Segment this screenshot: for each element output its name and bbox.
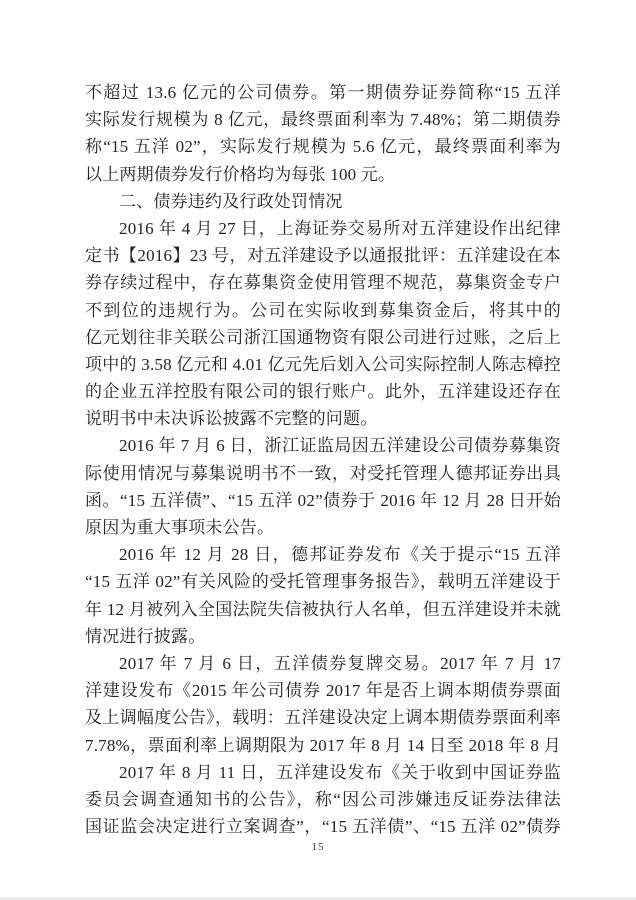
text-line: 实际发行规模为 8 亿元，最终票面利率为 7.48%；第二期债券证券简 bbox=[85, 106, 561, 133]
text-line: 及上调幅度公告》，载明：五洋建设决定上调本期债券票面利率至 bbox=[85, 704, 561, 731]
text-line: 不超过 13.6 亿元的公司债券。第一期债券证券简称“15 五洋债”， bbox=[85, 79, 561, 106]
text-line: 项中的 3.58 亿元和 4.01 亿元先后划入公司实际控制人陈志樟控制 bbox=[85, 351, 561, 378]
text-line: 定书【2016】23 号，对五洋建设予以通报批评：五洋建设在本次债 bbox=[85, 242, 561, 269]
text-line: 际使用情况与募集说明书不一致，对受托管理人德邦证券出具警示 bbox=[85, 460, 561, 487]
text-line: 7.78%，票面利率上调期限为 2017 年 8 月 14 日至 2018 年 … bbox=[85, 732, 561, 759]
text-line: 2017 年 8 月 11 日，五洋建设发布《关于收到中国证券监督管理 bbox=[85, 759, 561, 786]
text-line: 国证监会决定进行立案调查”，“15 五洋债”、“15 五洋 02”债券于当 bbox=[85, 813, 561, 840]
text-line: 2016 年 4 月 27 日，上海证券交易所对五洋建设作出纪律处分决 bbox=[85, 215, 561, 242]
text-line: 不到位的违规行为。公司在实际收到募集资金后，将其中的 10.48 bbox=[85, 297, 561, 324]
text-line: 亿元划往非关联公司浙江国通物资有限公司进行过账，之后上述款 bbox=[85, 324, 561, 351]
text-line: 称“15 五洋 02”，实际发行规模为 5.6 亿元，最终票面利率为 7.8%； bbox=[85, 133, 561, 160]
text-line: 函。“15 五洋债”、“15 五洋 02”债券于 2016 年 12 月 28 … bbox=[85, 487, 561, 514]
text-line: 洋建设发布《2015 年公司债券 2017 年是否上调本期债券票面利率以 bbox=[85, 677, 561, 704]
document-body: 不超过 13.6 亿元的公司债券。第一期债券证券简称“15 五洋债”， 实际发行… bbox=[85, 79, 561, 840]
text-line: 的企业五洋控股有限公司的银行账户。此外，五洋建设还存在募集 bbox=[85, 378, 561, 405]
text-line: 2016 年 12 月 28 日，德邦证券发布《关于提示“15 五洋债”及 bbox=[85, 541, 561, 568]
page-number: 15 bbox=[0, 841, 636, 853]
text-line: 以上两期债券发行价格均为每张 100 元。 bbox=[85, 161, 561, 188]
text-line: 说明书中未决诉讼披露不完整的问题。 bbox=[85, 405, 561, 432]
section-heading: 二、债券违约及行政处罚情况 bbox=[85, 188, 561, 215]
text-line: 券存续过程中，存在募集资金使用管理不规范，募集资金专户管理 bbox=[85, 269, 561, 296]
document-page: 不超过 13.6 亿元的公司债券。第一期债券证券简称“15 五洋债”， 实际发行… bbox=[0, 0, 636, 900]
text-line: 委员会调查通知书的公告》，称“因公司涉嫌违反证券法律法规，中 bbox=[85, 786, 561, 813]
text-line: “15 五洋 02”有关风险的受托管理事务报告》，载明五洋建设于 2016 bbox=[85, 568, 561, 595]
text-line: 2016 年 7 月 6 日，浙江证监局因五洋建设公司债券募集资金实 bbox=[85, 432, 561, 459]
text-line: 2017 年 7 月 6 日，五洋债券复牌交易。2017 年 7 月 17 日，… bbox=[85, 650, 561, 677]
text-line: 情况进行披露。 bbox=[85, 623, 561, 650]
text-line: 年 12 月被列入全国法院失信被执行人名单，但五洋建设并未就有关 bbox=[85, 596, 561, 623]
text-line: 原因为重大事项未公告。 bbox=[85, 514, 561, 541]
